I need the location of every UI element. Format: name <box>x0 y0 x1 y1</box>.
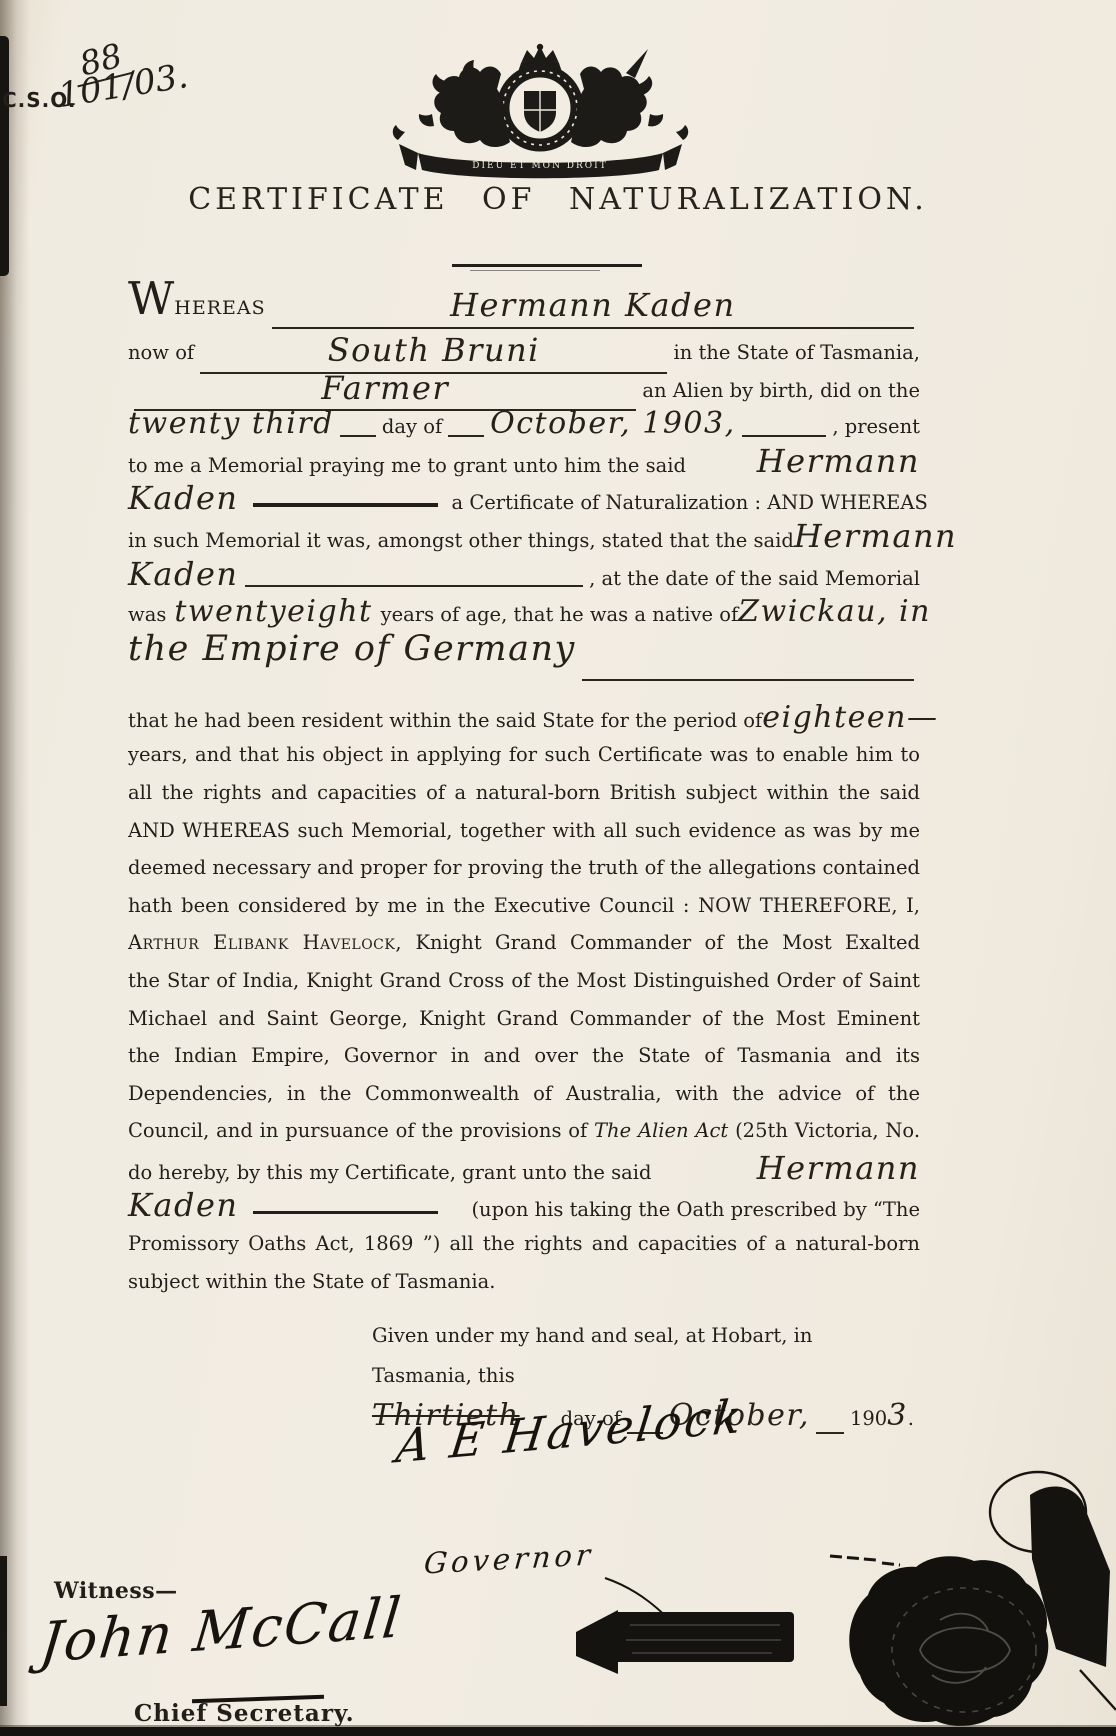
body-text: Dependencies, in the Commonwealth of Aus… <box>128 1082 920 1113</box>
body-text: the Star of India, Knight Grand Cross of… <box>128 969 920 992</box>
body-line: deemed necessary and proper for proving … <box>128 849 920 887</box>
short-blank <box>816 1432 844 1434</box>
royal-coat-of-arms: DIEU ET MON DROIT <box>368 40 713 184</box>
given-line: Given under my hand and seal, at Hobart,… <box>372 1316 914 1396</box>
body-last-line: subject within the State of Tasmania. <box>128 1263 920 1301</box>
body-text: subject within the State of Tasmania. <box>128 1263 495 1301</box>
certificate-page: 88 C.S.O. 101/03. <box>0 0 1116 1736</box>
name-handwritten: Hermann <box>757 443 920 481</box>
short-blank <box>448 435 484 437</box>
stated-line: in such Memorial it was, amongst other t… <box>128 518 920 556</box>
body-text: deemed necessary and proper for proving … <box>128 856 920 887</box>
occupation-handwritten: Farmer <box>321 369 449 407</box>
grant-line: do hereby, by this my Certificate, grant… <box>128 1150 920 1188</box>
surname-handwritten: Kaden <box>128 1187 239 1225</box>
witness-label: Witness— <box>54 1578 178 1604</box>
alien-act-line: Council, and in pursuance of the provisi… <box>128 1112 920 1150</box>
stated-text: in such Memorial it was, amongst other t… <box>128 522 794 560</box>
certificate-body: WHEREAS Hermann Kaden now of South Bruni… <box>128 280 920 1300</box>
governor-name-line: Arthur Elibank Havelock, Knight Grand Co… <box>128 924 920 962</box>
body-line: AND WHEREAS such Memorial, together with… <box>128 812 920 850</box>
oath-suffix: (upon his taking the Oath prescribed by … <box>471 1191 920 1229</box>
rule-dash <box>253 503 438 507</box>
body-line: Dependencies, in the Commonwealth of Aus… <box>128 1075 920 1113</box>
body-text: Michael and Saint George, Knight Grand C… <box>128 1007 920 1038</box>
period-handwritten: eighteen— <box>762 699 938 737</box>
trailing-blank <box>582 679 914 681</box>
state-suffix: in the State of Tasmania, <box>673 334 920 372</box>
day-handwritten: twenty third <box>128 405 334 443</box>
governor-name: Arthur Elibank Havelock, <box>128 931 402 954</box>
body-line: years, and that his object in applying f… <box>128 736 920 774</box>
certificate-title: CERTIFICATE OF NATURALIZATION. <box>0 182 1116 217</box>
short-blank <box>340 435 376 437</box>
memorial-line: to me a Memorial praying me to grant unt… <box>128 443 920 481</box>
occupation-line: Farmer an Alien by birth, did on the <box>128 368 920 406</box>
wax-seal-icon <box>560 1460 1116 1736</box>
month-year-handwritten: October, 1903, <box>490 405 735 443</box>
body-line: all the rights and capacities of a natur… <box>128 774 920 812</box>
age-line: was twentyeight years of age, that he wa… <box>128 593 920 631</box>
memorial-date-suffix: , at the date of the said Memorial <box>589 560 920 598</box>
alien-suffix: an Alien by birth, did on the <box>642 372 920 410</box>
body-text: years, and that his object in applying f… <box>128 743 920 774</box>
applicant-name-handwritten: Hermann Kaden <box>450 286 735 324</box>
royal-coat-of-arms-icon: DIEU ET MON DROIT <box>368 40 713 180</box>
long-blank <box>245 585 584 587</box>
residence-handwritten: South Bruni <box>328 331 540 369</box>
wax-seal-and-ribbon <box>560 1460 1116 1736</box>
birthplace-handwritten: Zwickau, in <box>738 593 931 631</box>
witness-title: Chief Secretary. <box>134 1700 355 1727</box>
body-text: hath been considered by me in the Execut… <box>128 894 920 925</box>
date-line: twenty third day of October, 1903, , pre… <box>128 405 920 443</box>
scan-edge-artifact-top <box>0 36 9 276</box>
given-year-handwritten: 3 <box>887 1396 908 1436</box>
title-rule <box>452 264 642 267</box>
scan-edge-artifact-bottom <box>0 1556 7 1706</box>
body-text: Promissory Oaths Act, 1869 ”) all the ri… <box>128 1232 920 1263</box>
name-handwritten: Hermann <box>794 518 957 556</box>
resident-line: that he had been resident within the sai… <box>128 699 920 737</box>
age-handwritten: twentyeight <box>174 593 372 631</box>
alien-act-pre: Council, and in pursuance of the provisi… <box>128 1119 587 1142</box>
whereas-line: WHEREAS Hermann Kaden <box>128 280 920 330</box>
present-suffix: , present <box>832 408 920 446</box>
body-line: Michael and Saint George, Knight Grand C… <box>128 1000 920 1038</box>
given-period: . <box>908 1399 914 1439</box>
body-text: the Indian Empire, Governor in and over … <box>128 1044 920 1067</box>
body-text: AND WHEREAS such Memorial, together with… <box>128 819 920 842</box>
body-line: the Indian Empire, Governor in and over … <box>128 1037 920 1075</box>
surname-handwritten: Kaden <box>128 556 239 594</box>
resident-text: that he had been resident within the sai… <box>128 702 762 740</box>
rule-dash <box>253 1211 438 1215</box>
alien-act-title: The Alien Act <box>594 1119 728 1142</box>
whereas-word: WHEREAS <box>128 280 266 328</box>
title-rule-thin <box>470 270 600 271</box>
oath-line: Kaden (upon his taking the Oath prescrib… <box>128 1187 920 1225</box>
body-text: all the rights and capacities of a natur… <box>128 781 920 812</box>
body-line: hath been considered by me in the Execut… <box>128 887 920 925</box>
empire-line: the Empire of Germany <box>128 631 920 687</box>
given-year-printed: 190 <box>850 1399 887 1439</box>
residence-line: now of South Bruni in the State of Tasma… <box>128 330 920 368</box>
day-of-label: day of <box>382 408 442 446</box>
trailing-blank <box>742 435 827 437</box>
body-line: the Star of India, Knight Grand Cross of… <box>128 962 920 1000</box>
applicant-name-blank: Hermann Kaden <box>272 285 914 329</box>
empire-handwritten: the Empire of Germany <box>128 631 576 669</box>
certificate-grant-line: Kaden a Certificate of Naturalization : … <box>128 480 920 518</box>
surname-handwritten: Kaden <box>128 480 239 518</box>
body-line: Promissory Oaths Act, 1869 ”) all the ri… <box>128 1225 920 1263</box>
coat-of-arms-motto: DIEU ET MON DROIT <box>472 161 607 171</box>
memorial-date-line: Kaden , at the date of the said Memorial <box>128 556 920 594</box>
now-of-label: now of <box>128 334 194 372</box>
name-handwritten: Hermann <box>757 1150 920 1188</box>
